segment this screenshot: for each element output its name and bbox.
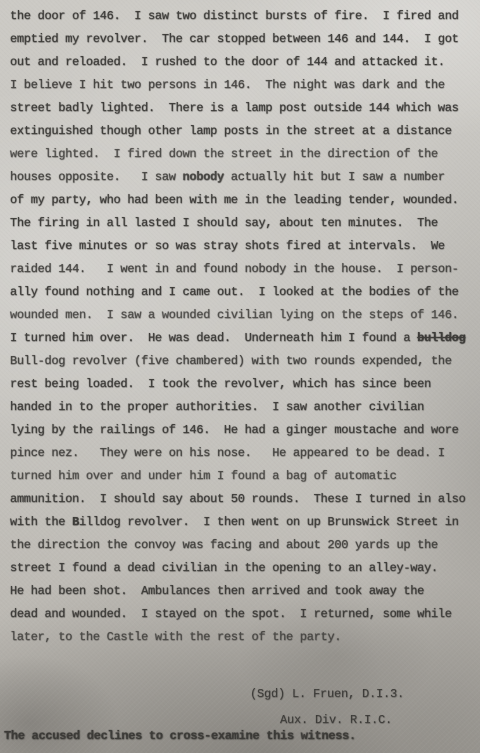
statement-line: with the Billdog revolver. I then went o… (10, 511, 474, 534)
statement-line: He had been shot. Ambulances then arrive… (10, 580, 474, 603)
statement-line: wounded men. I saw a wounded civilian ly… (10, 304, 474, 327)
signature-unit-line: Aux. Div. R.I.C. (280, 713, 392, 727)
statement-line: were lighted. I fired down the street in… (10, 143, 474, 166)
statement-line: rest being loaded. I took the revolver, … (10, 373, 474, 396)
statement-line: I turned him over. He was dead. Undernea… (10, 327, 474, 350)
statement-line: of my party, who had been with me in the… (10, 189, 474, 212)
statement-line: the door of 146. I saw two distinct burs… (10, 5, 474, 28)
statement-line: emptied my revolver. The car stopped bet… (10, 28, 474, 51)
statement-line: The firing in all lasted I should say, a… (10, 212, 474, 235)
statement-line: later, to the Castle with the rest of th… (10, 626, 474, 649)
statement-line: extinguished though other lamp posts in … (10, 120, 474, 143)
statement-line: last five minutes or so was stray shots … (10, 235, 474, 258)
statement-line: houses opposite. I saw nobody actually h… (10, 166, 474, 189)
statement-line: Bull-dog revolver (five chambered) with … (10, 350, 474, 373)
statement-line: street badly lighted. There is a lamp po… (10, 97, 474, 120)
statement-line: turned him over and under him I found a … (10, 465, 474, 488)
statement-line: the direction the convoy was facing and … (10, 534, 474, 557)
statement-line: dead and wounded. I stayed on the spot. … (10, 603, 474, 626)
statement-line: ally found nothing and I came out. I loo… (10, 281, 474, 304)
signature-signed-line: (Sgd) L. Fruen, D.I.3. (250, 687, 404, 701)
statement-line: ammunition. I should say about 50 rounds… (10, 488, 474, 511)
statement-line: lying by the railings of 146. He had a g… (10, 419, 474, 442)
statement-line: pince nez. They were on his nose. He app… (10, 442, 474, 465)
statement-line: out and reloaded. I rushed to the door o… (10, 51, 474, 74)
statement-line: street I found a dead civilian in the op… (10, 557, 474, 580)
statement-line: raided 144. I went in and found nobody i… (10, 258, 474, 281)
footer-note: The accused declines to cross-examine th… (4, 729, 356, 743)
statement-line: handed in to the proper authorities. I s… (10, 396, 474, 419)
statement-line: I believe I hit two persons in 146. The … (10, 74, 474, 97)
statement-body: the door of 146. I saw two distinct burs… (10, 5, 474, 649)
document-page: the door of 146. I saw two distinct burs… (0, 0, 480, 753)
